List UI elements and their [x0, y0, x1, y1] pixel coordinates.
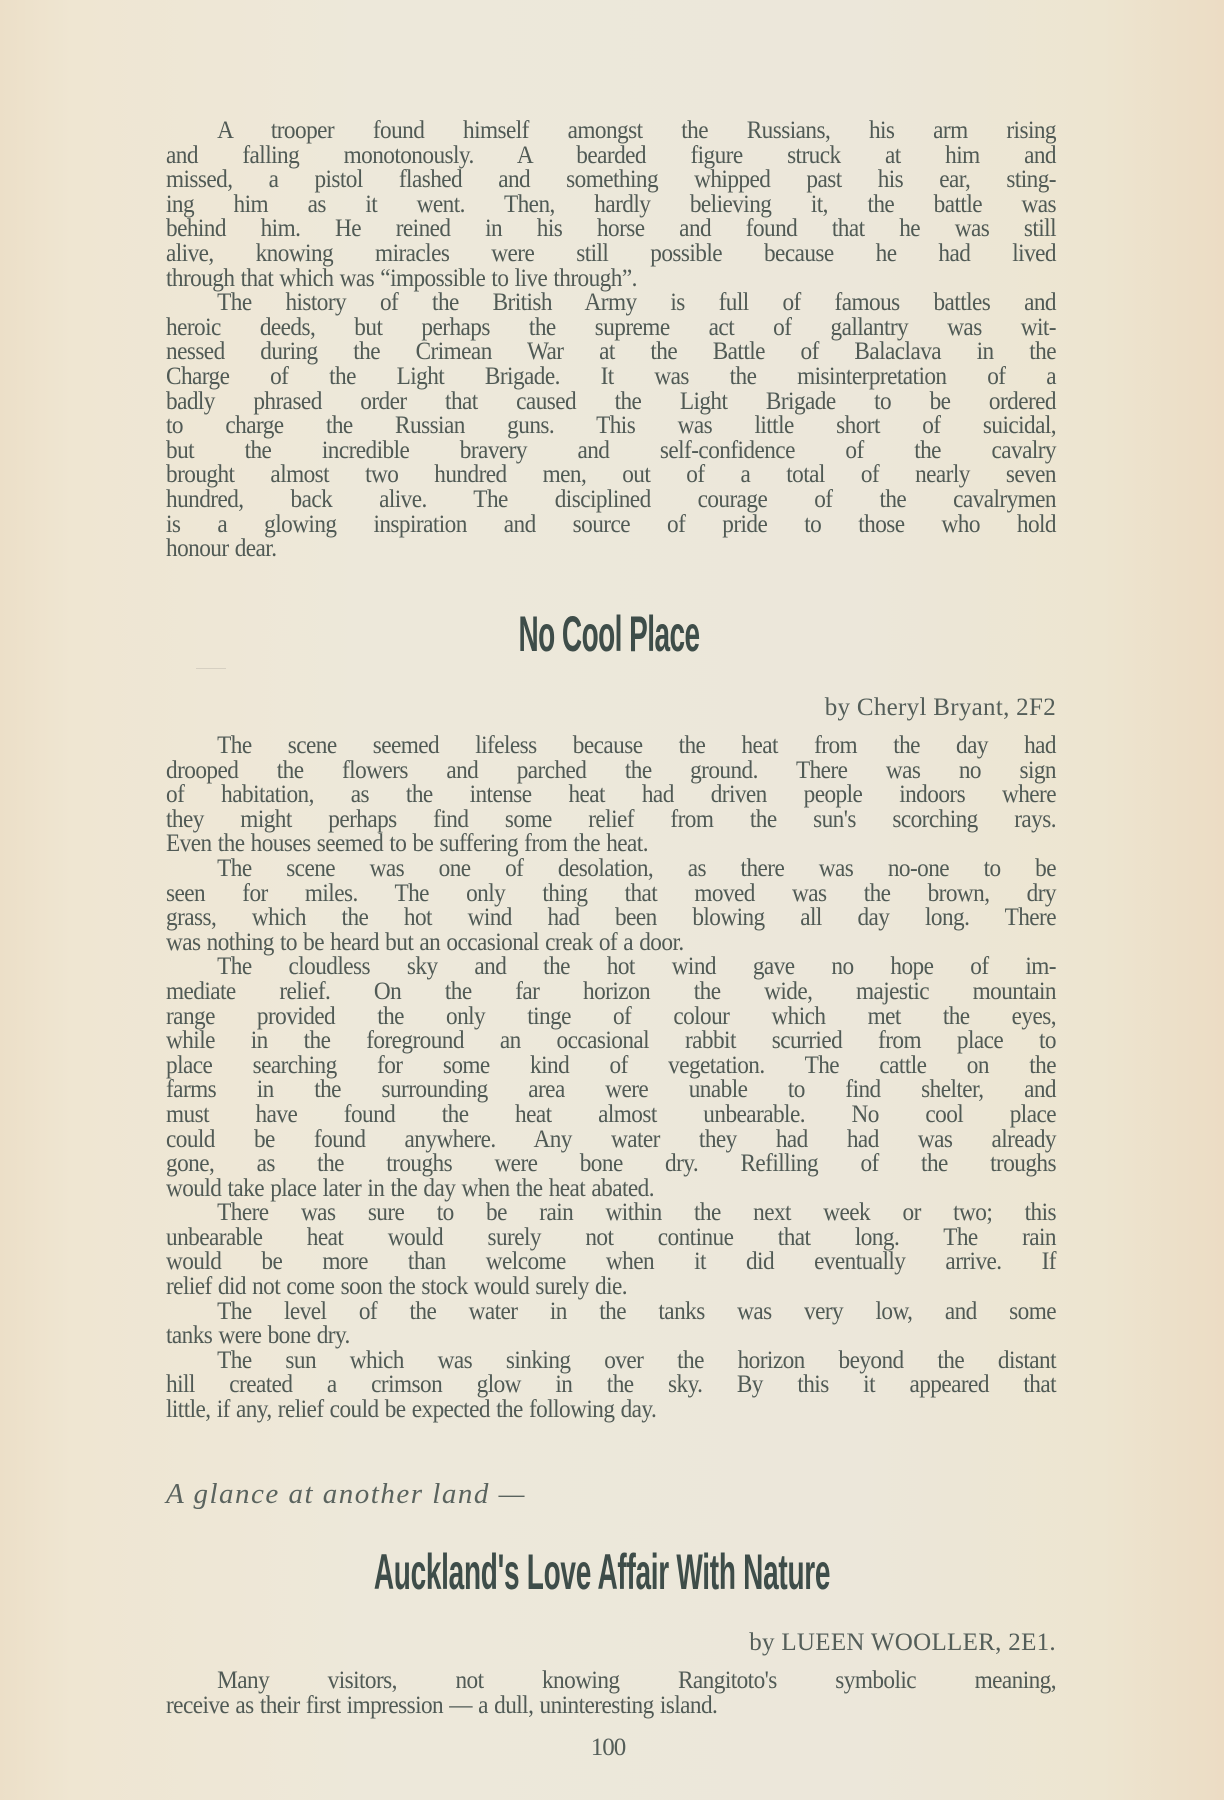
text-line: drooped the flowers and parched the grou…: [166, 759, 1056, 784]
text-line: The history of the British Army is full …: [166, 291, 1056, 316]
text-line: but the incredible bravery and self-conf…: [166, 439, 1056, 464]
magazine-page: A trooper found himself amongst the Russ…: [0, 0, 1224, 1800]
byline-lueen-wooller: by LUEEN WOOLLER, 2E1.: [749, 1629, 1056, 1657]
text-line: they might perhaps find some relief from…: [166, 808, 1056, 833]
story-continued-text: A trooper found himself amongst the Russ…: [166, 119, 1056, 562]
text-line: behind him. He reined in his horse and f…: [166, 217, 1056, 242]
text-line: while in the foreground an occasional ra…: [166, 1029, 1056, 1054]
text-line: hundred, back alive. The disciplined cou…: [166, 488, 1056, 513]
text-line: There was sure to be rain within the nex…: [166, 1201, 1056, 1226]
text-line: gone, as the troughs were bone dry. Refi…: [166, 1152, 1056, 1177]
story-title-aucklands-love-affair: Auckland's Love Affair With Nature: [259, 1543, 944, 1601]
text-line: receive as their first impression — a du…: [166, 1694, 1056, 1719]
text-line: little, if any, relief could be expected…: [166, 1398, 1056, 1423]
text-line: through that which was “impossible to li…: [166, 267, 1056, 292]
text-line: is a glowing inspiration and source of p…: [166, 513, 1056, 538]
text-line: nessed during the Crimean War at the Bat…: [166, 340, 1056, 365]
text-line: The scene was one of desolation, as ther…: [166, 857, 1056, 882]
text-line: to charge the Russian guns. This was lit…: [166, 414, 1056, 439]
text-line: ing him as it went. Then, hardly believi…: [166, 193, 1056, 218]
text-line: Even the houses seemed to be suffering f…: [166, 832, 1056, 857]
text-line: heroic deeds, but perhaps the supreme ac…: [166, 316, 1056, 341]
text-line: farms in the surrounding area were unabl…: [166, 1078, 1056, 1103]
text-line: alive, knowing miracles were still possi…: [166, 242, 1056, 267]
byline-cheryl-bryant: by Cheryl Bryant, 2F2: [825, 694, 1056, 722]
text-line: would take place later in the day when t…: [166, 1177, 1056, 1202]
text-line: grass, which the hot wind had been blowi…: [166, 906, 1056, 931]
page-number: 100: [0, 1734, 1220, 1762]
text-line: must have found the heat almost unbearab…: [166, 1103, 1056, 1128]
text-line: could be found anywhere. Any water they …: [166, 1128, 1056, 1153]
text-line: tanks were bone dry.: [166, 1324, 1056, 1349]
text-line: unbearable heat would surely not continu…: [166, 1226, 1056, 1251]
text-line: Many visitors, not knowing Rangitoto's s…: [166, 1669, 1056, 1694]
text-line: A trooper found himself amongst the Russ…: [166, 119, 1056, 144]
text-line: hill created a crimson glow in the sky. …: [166, 1373, 1056, 1398]
text-line: mediate relief. On the far horizon the w…: [166, 980, 1056, 1005]
text-line: missed, a pistol flashed and something w…: [166, 168, 1056, 193]
text-line: badly phrased order that caused the Ligh…: [166, 390, 1056, 415]
story-no-cool-place-body: The scene seemed lifeless because the he…: [166, 734, 1056, 1423]
text-line: The cloudless sky and the hot wind gave …: [166, 955, 1056, 980]
text-line: The sun which was sinking over the horiz…: [166, 1349, 1056, 1374]
kicker-a-glance-at-another-land: A glance at another land —: [166, 1478, 526, 1511]
text-line: range provided the only tinge of colour …: [166, 1005, 1056, 1030]
text-line: The level of the water in the tanks was …: [166, 1300, 1056, 1325]
text-line: was nothing to be heard but an occasiona…: [166, 931, 1056, 956]
text-line: The scene seemed lifeless because the he…: [166, 734, 1056, 759]
story-title-no-cool-place: No Cool Place: [266, 605, 951, 663]
text-line: seen for miles. The only thing that move…: [166, 882, 1056, 907]
story-auckland-body: Many visitors, not knowing Rangitoto's s…: [166, 1669, 1056, 1718]
text-line: place searching for some kind of vegetat…: [166, 1054, 1056, 1079]
decorative-mark: [196, 668, 226, 669]
text-line: of habitation, as the intense heat had d…: [166, 783, 1056, 808]
text-line: and falling monotonously. A bearded figu…: [166, 144, 1056, 169]
text-line: would be more than welcome when it did e…: [166, 1250, 1056, 1275]
text-line: Charge of the Light Brigade. It was the …: [166, 365, 1056, 390]
text-line: brought almost two hundred men, out of a…: [166, 463, 1056, 488]
text-line: relief did not come soon the stock would…: [166, 1275, 1056, 1300]
text-line: honour dear.: [166, 537, 1056, 562]
